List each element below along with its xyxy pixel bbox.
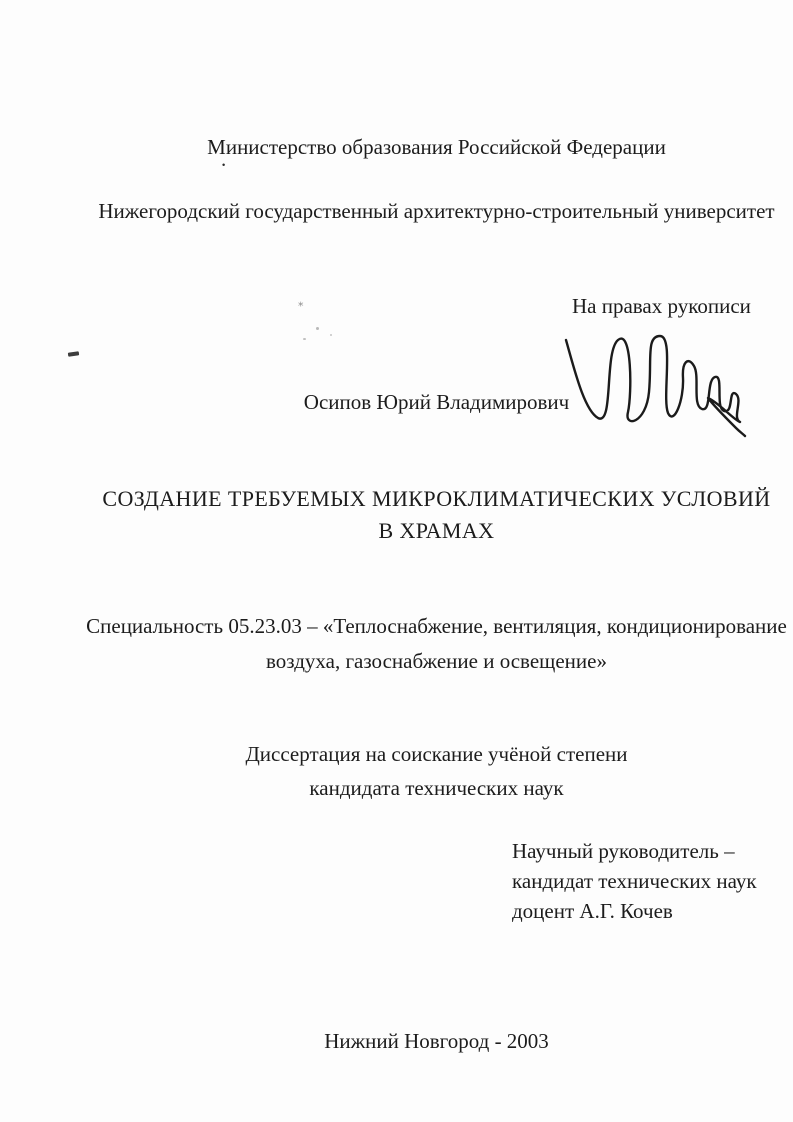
specialty-line2: воздуха, газоснабжение и освещение» — [0, 650, 793, 672]
scan-artifact-speck — [316, 327, 319, 330]
dissertation-title-page: . ⁎ Министерство образования Российской … — [0, 0, 793, 1122]
supervisor-line3: доцент А.Г. Кочев — [512, 900, 673, 922]
ministry-line: Министерство образования Российской Феде… — [0, 136, 793, 158]
scan-artifact-speck — [303, 338, 306, 340]
degree-statement-line1: Диссертация на соискание учёной степени — [0, 743, 793, 765]
manuscript-rights-note: На правах рукописи — [572, 295, 751, 317]
signature-icon — [556, 326, 748, 438]
author-name: Осипов Юрий Владимирович — [0, 391, 793, 413]
university-line: Нижегородский государственный архитектур… — [0, 200, 793, 222]
supervisor-line2: кандидат технических наук — [512, 870, 757, 892]
specialty-line1: Специальность 05.23.03 – «Теплоснабжение… — [0, 615, 793, 637]
supervisor-line1: Научный руководитель – — [512, 840, 735, 862]
city-year-imprint: Нижний Новгород - 2003 — [0, 1030, 793, 1052]
dissertation-title-line2: В ХРАМАХ — [0, 519, 793, 542]
dissertation-title-line1: СОЗДАНИЕ ТРЕБУЕМЫХ МИКРОКЛИМАТИЧЕСКИХ УС… — [0, 487, 793, 510]
scan-artifact-speck — [330, 334, 332, 336]
scan-artifact-tick: ⁎ — [298, 298, 305, 307]
scan-artifact-dash — [68, 351, 79, 356]
degree-statement-line2: кандидата технических наук — [0, 777, 793, 799]
